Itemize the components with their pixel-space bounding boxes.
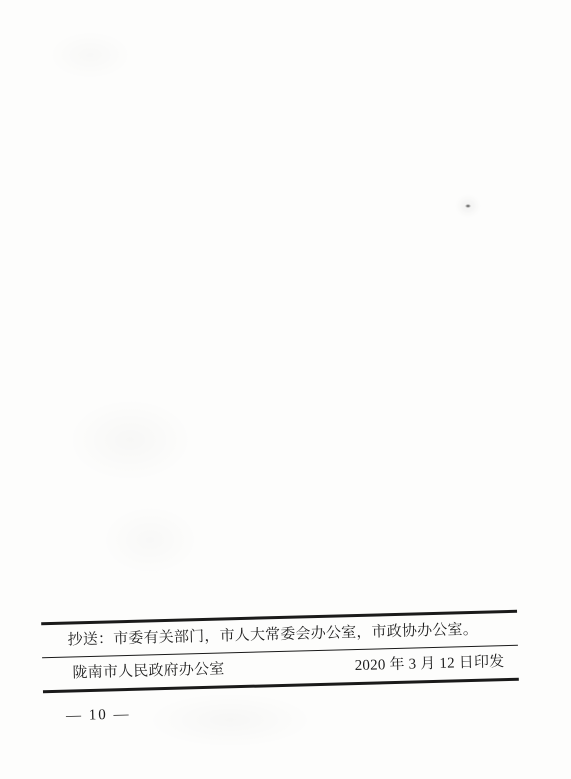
document-page: 抄送：市委有关部门，市人大常委会办公室，市政协办公室。 陇南市人民政府办公室 2…: [0, 0, 571, 779]
page-number: — 10 —: [66, 707, 131, 725]
scan-speck: [465, 204, 471, 208]
print-date: 2020 年 3 月 12 日印发: [354, 646, 504, 682]
issuer-office: 陇南市人民政府办公室: [72, 653, 225, 689]
document-footer: 抄送：市委有关部门，市人大常委会办公室，市政协办公室。 陇南市人民政府办公室 2…: [41, 610, 519, 693]
